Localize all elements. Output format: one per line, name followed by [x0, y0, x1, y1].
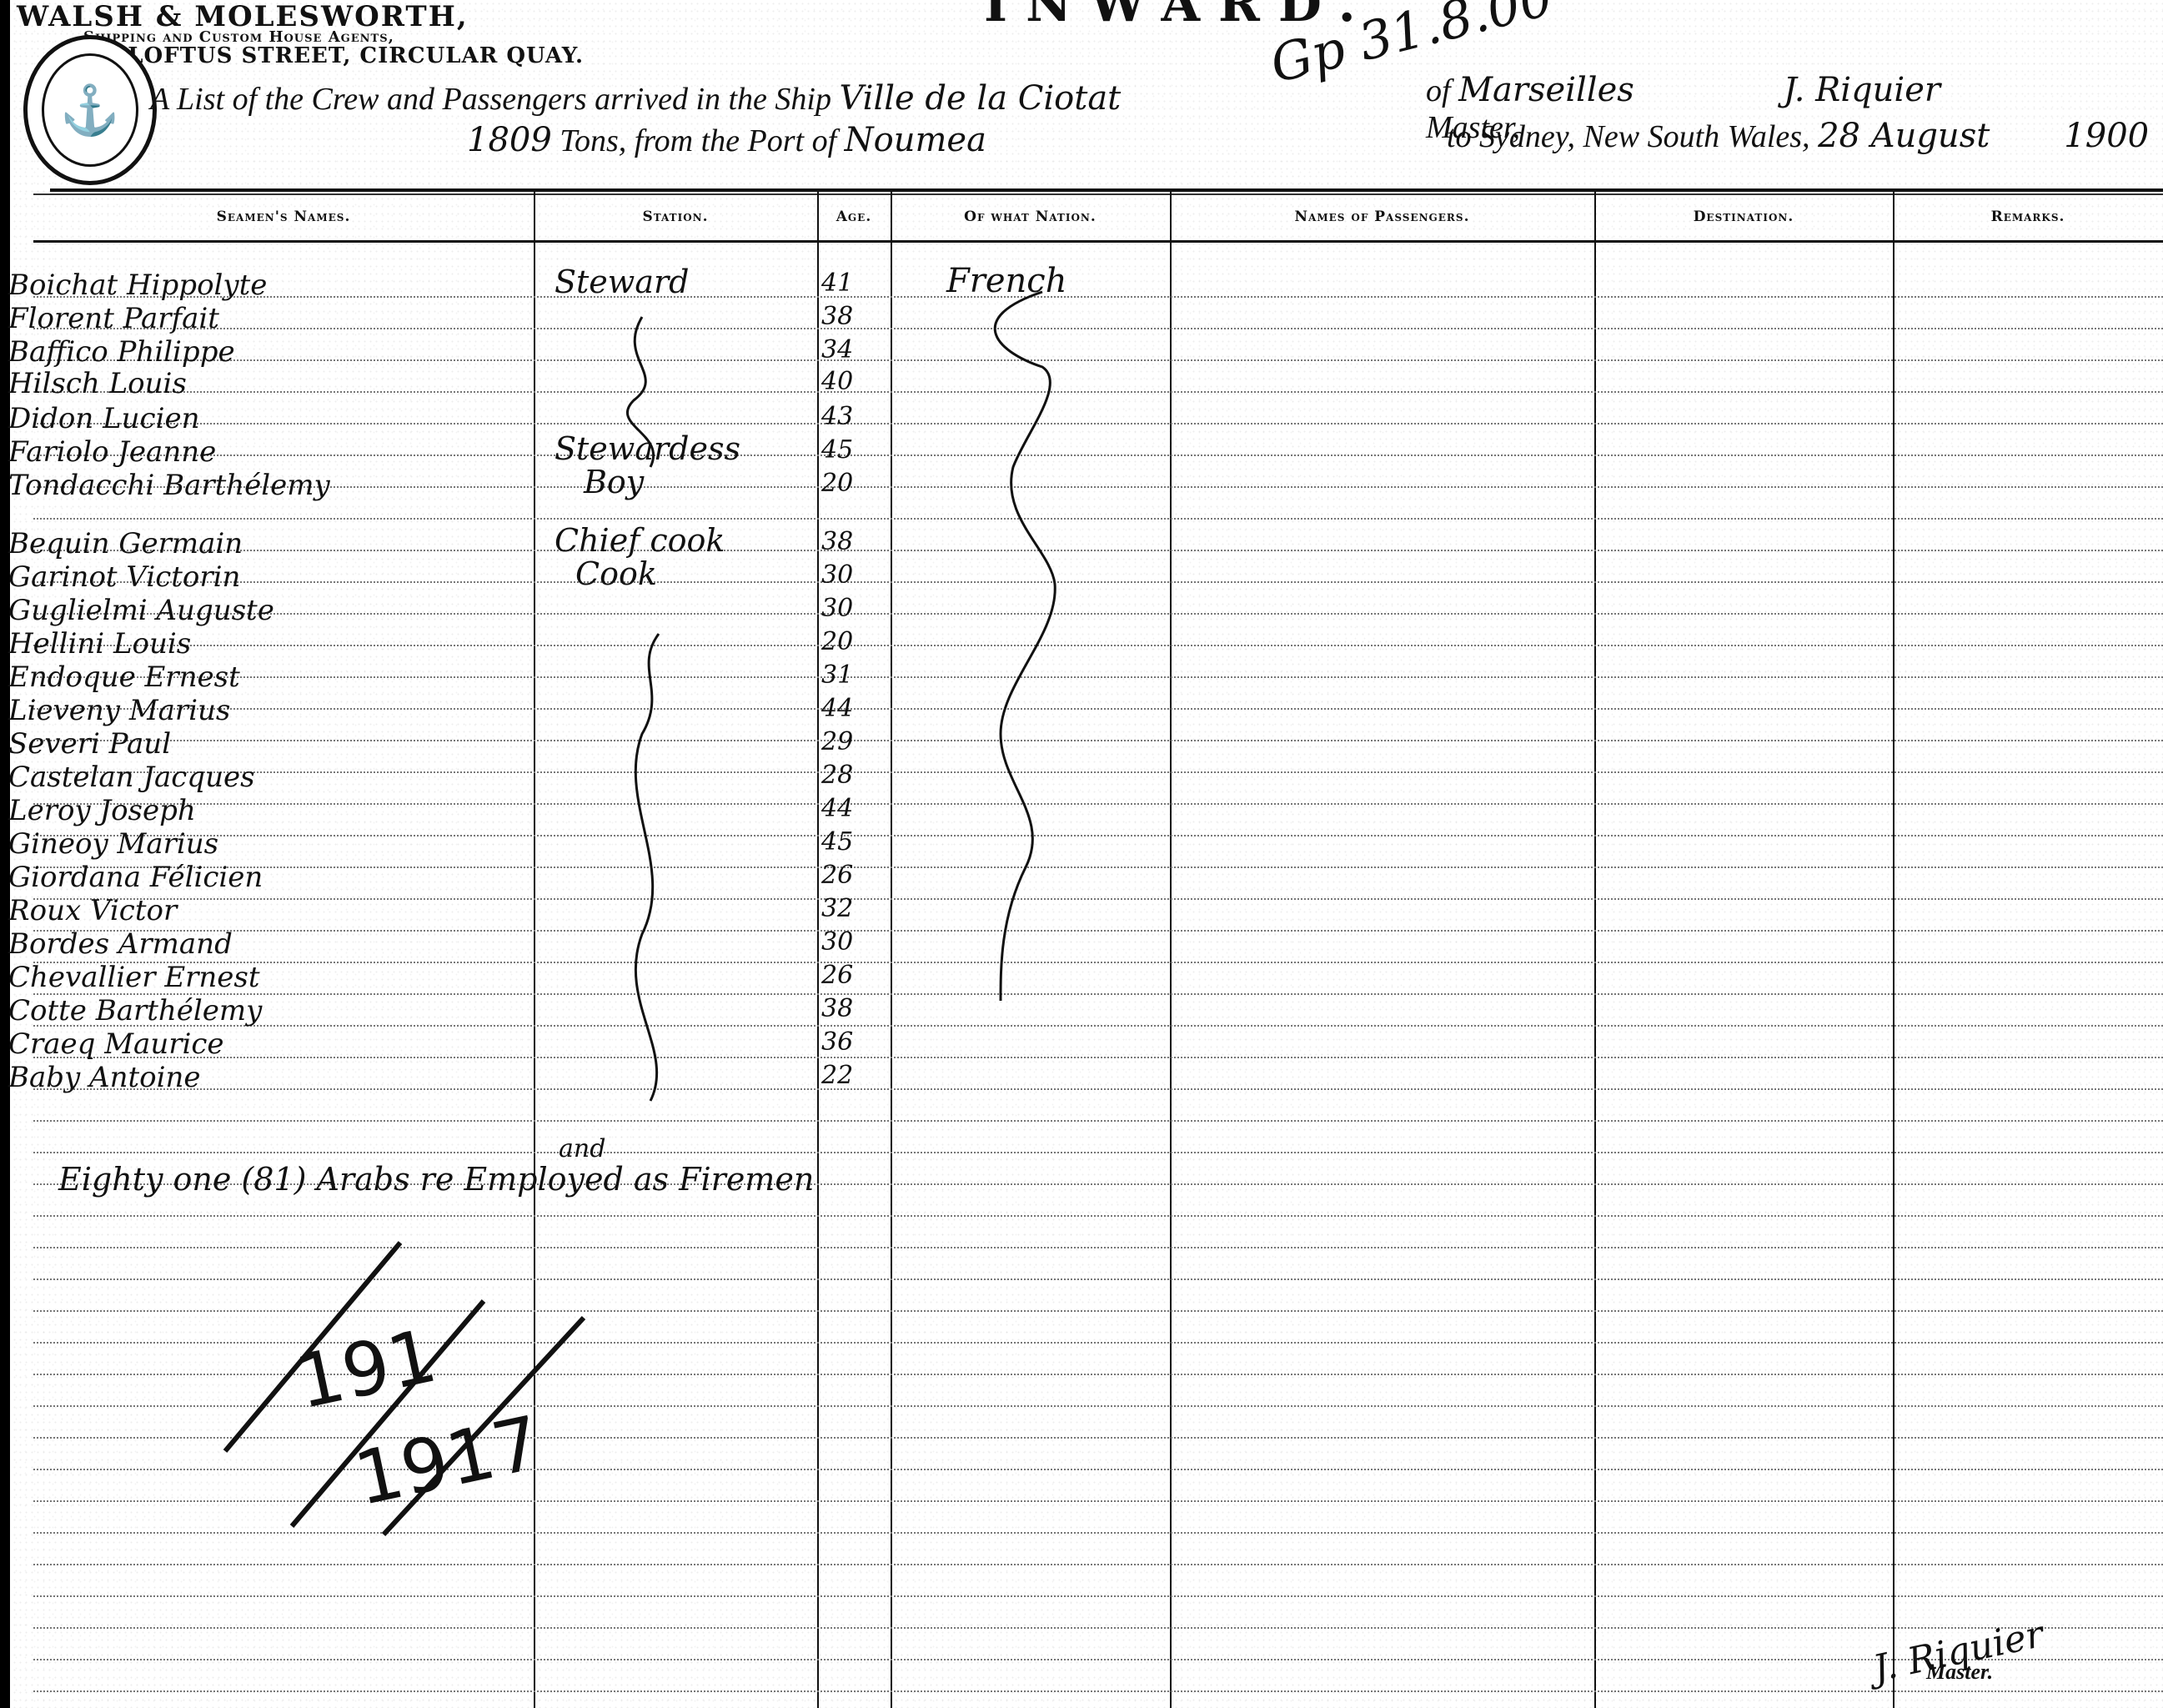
- ditto-marks: [0, 0, 2163, 1708]
- note-insertion: and: [559, 1134, 605, 1163]
- crew-note: Eighty one (81) Arabs re Employed as Fir…: [58, 1161, 814, 1198]
- master-label: Master.: [1926, 1660, 1993, 1685]
